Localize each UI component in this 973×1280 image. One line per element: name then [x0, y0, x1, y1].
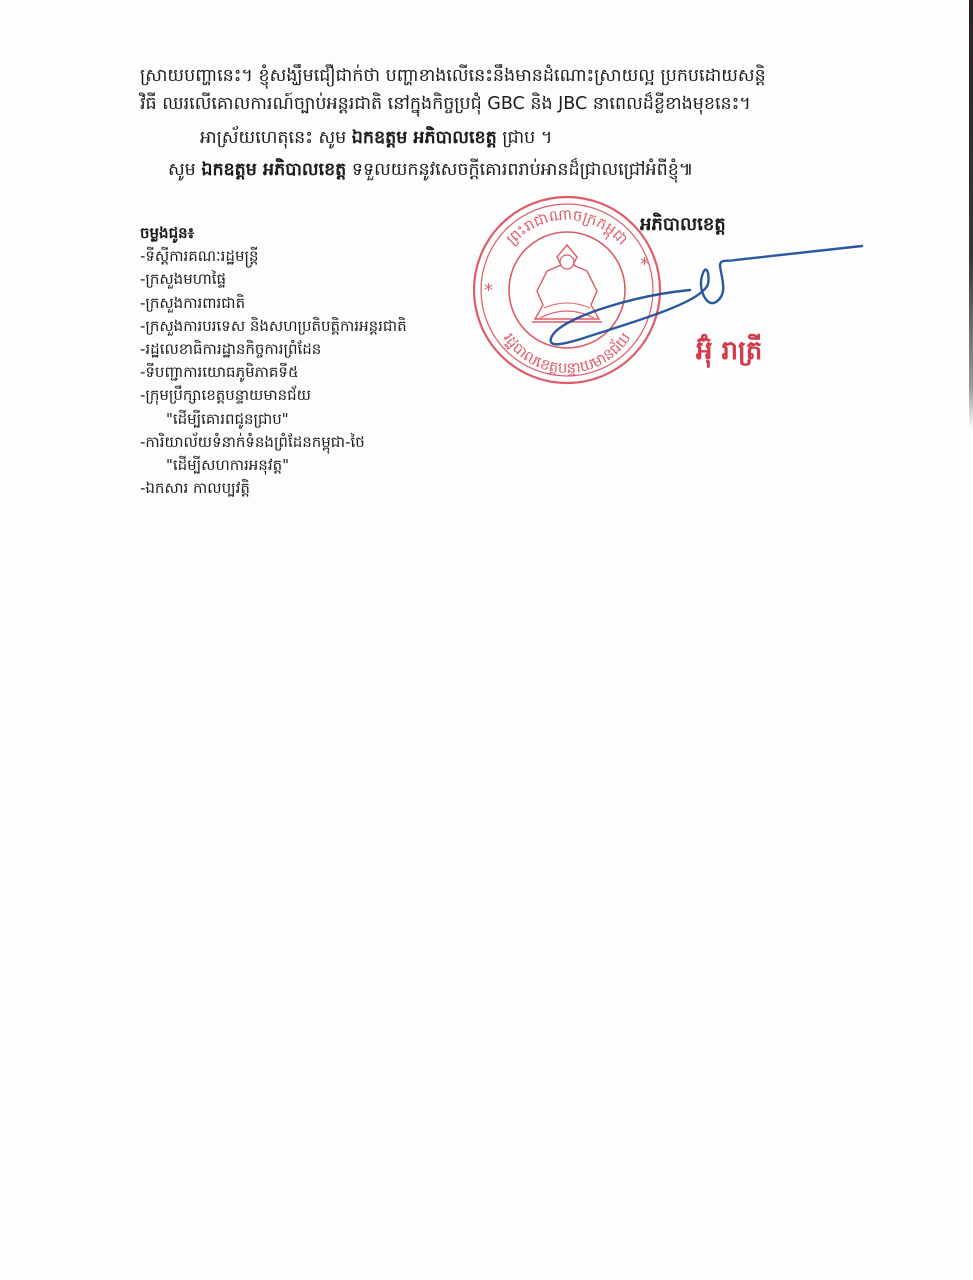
svg-text:*: *: [484, 280, 493, 301]
request-line: អាស្រ័យហេតុនេះ សូម ឯកឧត្តម អភិបាលខេត្ត ជ…: [200, 126, 552, 150]
copy-to-item: -រដ្ឋលេខាធិការដ្ឋានកិច្ចការព្រំដែន: [140, 338, 407, 361]
signer-title: អភិបាលខេត្ត: [640, 212, 726, 239]
body-line-1: ស្រាយបញ្ហានេះ។ ខ្ញុំសង្ឃឹមជឿជាក់ថា បញ្ហា…: [140, 64, 766, 88]
closing-prefix: សូម: [168, 160, 201, 180]
copy-to-item: "ដើម្បីគោរពជូនជ្រាប": [140, 408, 407, 431]
document-page: ស្រាយបញ្ហានេះ។ ខ្ញុំសង្ឃឹមជឿជាក់ថា បញ្ហា…: [0, 0, 973, 1280]
copy-to-item: -ទីស្តីការគណៈរដ្ឋមន្ត្រី: [140, 245, 407, 268]
copy-to-item: -ក្រុមប្រឹក្សាខេត្តបន្ទាយមានជ័យ: [140, 384, 407, 407]
signer-name: អ៊ុំ រាត្រី: [696, 334, 762, 372]
copy-to-title: ចម្លងជូន៖: [140, 222, 407, 245]
copy-to-items: -ទីស្តីការគណៈរដ្ឋមន្ត្រី-ក្រសួងមហាផ្ទៃ-ក…: [140, 245, 407, 500]
copy-to-item: -ទីបញ្ជាការយោធភូមិភាគទី៥: [140, 361, 407, 384]
copy-to-item: -ឯកសារ កាលប្បវត្តិ: [140, 477, 407, 500]
copy-to-item: -ក្រសួងការបរទេស និងសហប្រតិបត្តិការអន្តរជ…: [140, 315, 407, 338]
request-prefix: អាស្រ័យហេតុនេះ សូម: [200, 128, 352, 148]
copy-to-item: "ដើម្បីសហការអនុវត្ត": [140, 454, 407, 477]
svg-text:*: *: [640, 254, 649, 275]
copy-to-item: -ក្រសួងការពារជាតិ: [140, 292, 407, 315]
closing-addressee: ឯកឧត្តម អភិបាលខេត្ត: [201, 160, 346, 180]
body-line-2: វិធី ឈរលើគោលការណ៍ច្បាប់អន្តរជាតិ នៅក្នុង…: [140, 92, 751, 116]
copy-to-list: ចម្លងជូន៖ -ទីស្តីការគណៈរដ្ឋមន្ត្រី-ក្រសួ…: [140, 222, 407, 500]
svg-text:ព្រះរាជាណាចក្រកម្ពុជា: ព្រះរាជាណាចក្រកម្ពុជា: [503, 205, 632, 248]
scan-edge-shadow: [969, 0, 973, 430]
closing-line: សូម ឯកឧត្តម អភិបាលខេត្ត ទទួលយកនូវសេចក្តី…: [168, 158, 693, 182]
request-addressee: ឯកឧត្តម អភិបាលខេត្ត: [352, 128, 497, 148]
closing-suffix: ទទួលយកនូវសេចក្តីគោរពរាប់អានដ៏ជ្រាលជ្រៅអំ…: [346, 160, 693, 180]
request-suffix: ជ្រាប ។: [497, 128, 553, 148]
copy-to-item: -ក្រសួងមហាផ្ទៃ: [140, 268, 407, 291]
copy-to-item: -ការិយាល័យទំនាក់ទំនងព្រំដែនកម្ពុជា-ថៃ: [140, 431, 407, 454]
